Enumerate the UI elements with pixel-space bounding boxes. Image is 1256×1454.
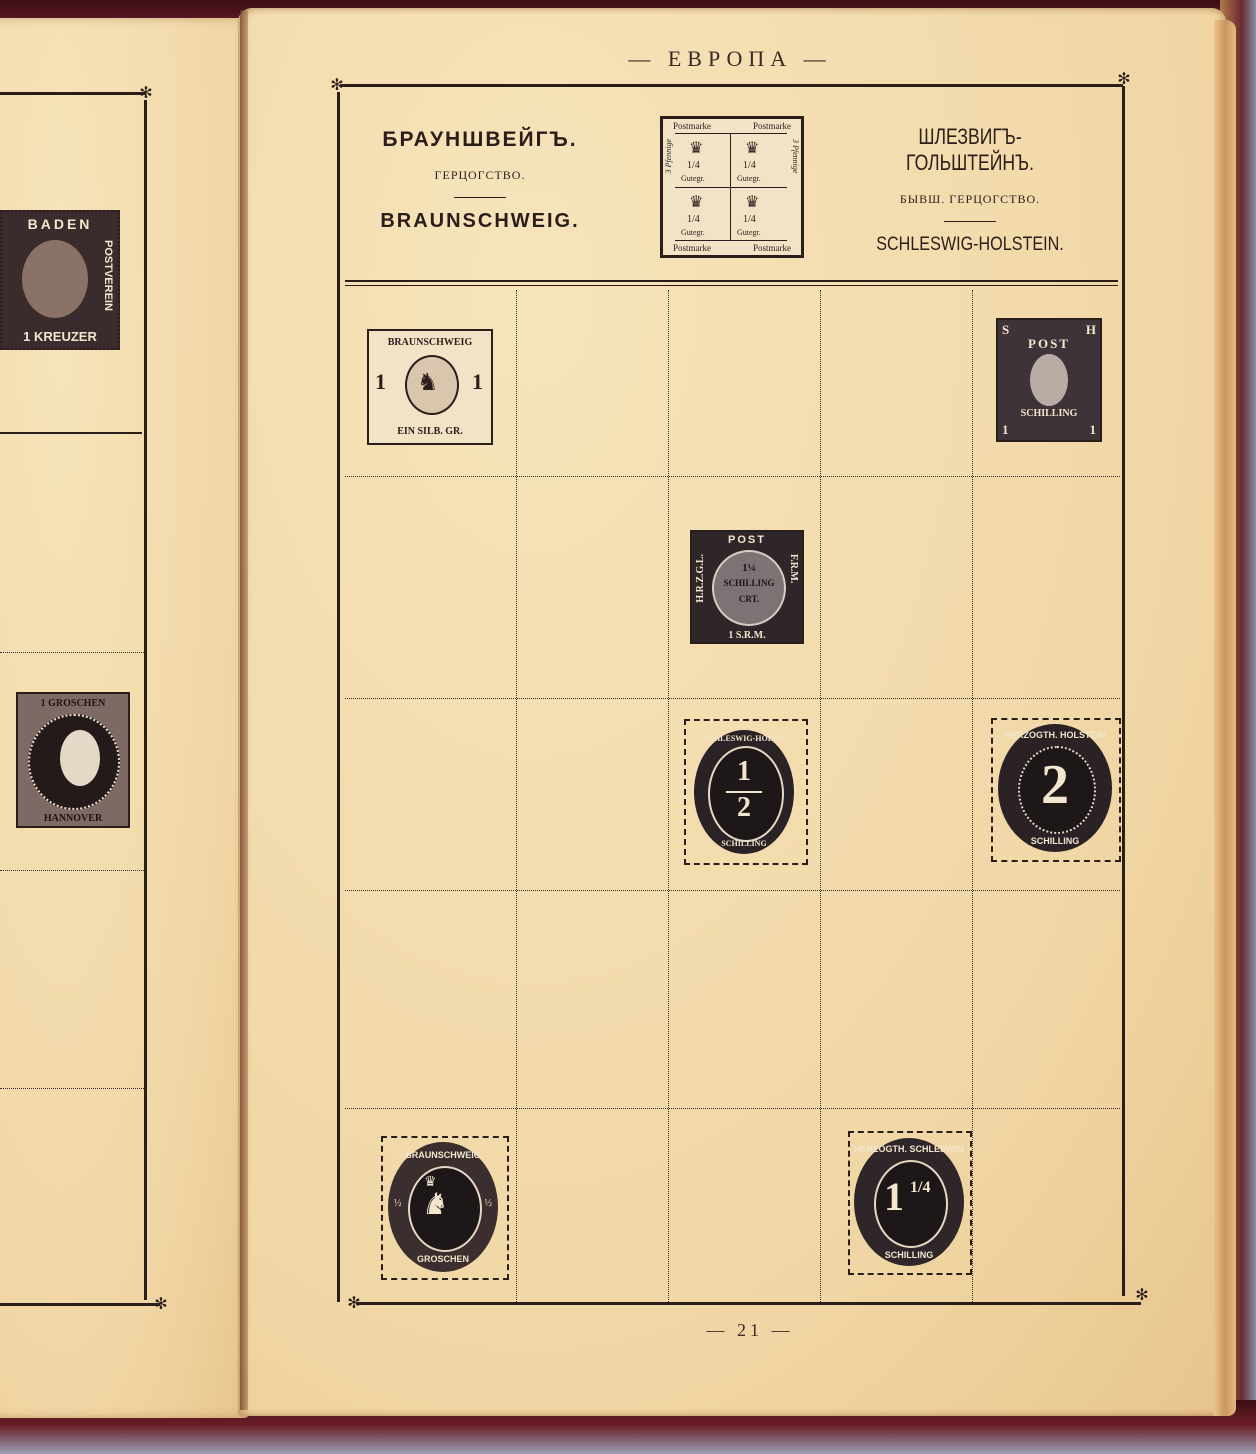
frame-bottom xyxy=(356,1302,1141,1305)
stamp-value: 1/4 xyxy=(687,214,700,225)
divider xyxy=(944,221,996,222)
stamp-value: 1/4 xyxy=(743,214,756,225)
rosette-icon: ✻ xyxy=(1117,72,1131,86)
stamp-text: 1 S.R.M. xyxy=(692,630,802,641)
coat-of-arms-icon xyxy=(1030,354,1068,406)
crown-icon: ♛ xyxy=(689,192,703,212)
stamp-text: 3 Pfennige xyxy=(791,139,800,173)
country-schleswig-holstein: ШЛЕЗВИГЪ-ГОЛЬШТЕЙНЪ. БЫВШ. ГЕРЦОГСТВО. S… xyxy=(830,124,1110,256)
rosette-icon: ✻ xyxy=(154,1297,168,1311)
stamp-holstein-2-schilling: HERZOGTH. HOLSTEIN 2 SCHILLING xyxy=(998,724,1112,852)
stamp-text: SCHLESWIG-HOLST. xyxy=(694,734,794,743)
portrait-icon xyxy=(28,714,120,810)
stamp-braunschweig-half-groschen: BRAUNSCHWEIG ♛ ♞ ½ ½ GROSCHEN xyxy=(388,1142,498,1272)
stamp-text: SCHILLING xyxy=(714,578,784,588)
horse-icon: ♞ xyxy=(422,1190,449,1220)
grid-line xyxy=(820,290,821,1302)
frame-top xyxy=(340,84,1123,87)
stamp-text: Postmarke xyxy=(753,243,791,253)
stamp-value: 1 xyxy=(472,369,483,395)
grid-line xyxy=(345,1108,1120,1109)
crown-icon: ♛ xyxy=(689,138,703,158)
stamp-text: POSTVEREIN xyxy=(102,240,114,311)
left-grid-line xyxy=(0,1088,146,1089)
country-subtitle-ru: ГЕРЦОГСТВО. xyxy=(350,168,610,183)
continent-header: — ЕВРОПА — xyxy=(600,46,860,72)
stamp-text: 1 GROSCHEN xyxy=(18,698,128,709)
stamp-schleswig-post-1-schilling: S H POST SCHILLING 1 1 xyxy=(996,318,1102,442)
stamp-value: 1/4 xyxy=(910,1178,930,1198)
left-divider xyxy=(0,432,142,434)
stamp-text: Gutegr. xyxy=(737,174,761,183)
stamp-text: SCHILLING xyxy=(998,836,1112,846)
stamp-text: HANNOVER xyxy=(18,813,128,824)
crown-icon: ♛ xyxy=(745,138,759,158)
stamp-value: 1 xyxy=(694,756,794,788)
rosette-icon: ✻ xyxy=(1135,1288,1149,1302)
stamp-value: 1/4 xyxy=(743,160,756,171)
country-name-ru: БРАУНШВЕЙГЪ. xyxy=(350,128,610,152)
horse-icon: ♞ xyxy=(405,355,459,415)
stamp-text: POST xyxy=(692,534,802,546)
rosette-icon: ✻ xyxy=(330,78,344,92)
stamp-value: ½ xyxy=(394,1198,402,1209)
stamp-braunschweig-1-silb: BRAUNSCHWEIG ♞ 1 1 EIN SILB. GR. xyxy=(367,329,493,445)
stamp-text: Gutegr. xyxy=(681,228,705,237)
stamp-hannover-1-groschen: 1 GROSCHEN HANNOVER xyxy=(16,692,130,828)
left-frame-bottom xyxy=(0,1303,160,1306)
grid-line xyxy=(345,890,1120,891)
left-grid-line xyxy=(0,870,146,871)
frame-left xyxy=(337,92,340,1302)
left-frame-right xyxy=(144,100,147,1300)
book-gutter xyxy=(240,10,248,1410)
crown-icon: ♛ xyxy=(745,192,759,212)
coat-of-arms-icon xyxy=(22,240,88,318)
country-braunschweig: БРАУНШВЕЙГЪ. ГЕРЦОГСТВО. BRAUNSCHWEIG. xyxy=(350,128,610,233)
stamp-schleswig-1-quarter-schilling: HERZOGTH. SCHLESWIG 1 1/4 SCHILLING xyxy=(854,1138,964,1266)
stamp-text: BRAUNSCHWEIG xyxy=(388,1150,498,1160)
stamp-text: SCHILLING xyxy=(998,408,1100,419)
stamp-holstein-1-quarter-schilling: POST H.R.Z.G.L. F.R.M. 1¼ SCHILLING CRT.… xyxy=(690,530,804,644)
grid-line xyxy=(668,290,669,1302)
stamp-text: Postmarke xyxy=(673,121,711,131)
stamp-text: 3 Pfennige xyxy=(664,139,673,173)
grid-line xyxy=(516,290,517,1302)
stamp-text: H.R.Z.G.L. xyxy=(695,554,706,603)
header-rule xyxy=(345,285,1118,286)
value-circle: 1¼ SCHILLING CRT. xyxy=(712,550,786,626)
country-name-en: BRAUNSCHWEIG. xyxy=(350,210,610,233)
stamp-text: Postmarke xyxy=(673,243,711,253)
stamp-value: 1 xyxy=(884,1172,904,1222)
left-grid-line xyxy=(0,652,146,653)
country-name-ru: ШЛЕЗВИГЪ-ГОЛЬШТЕЙНЪ. xyxy=(858,124,1082,176)
stamp-schleswig-half-schilling: SCHLESWIG-HOLST. 1 2 SCHILLING xyxy=(694,730,794,854)
stamp-text: Gutegr. xyxy=(681,174,705,183)
grid-line xyxy=(972,290,973,1302)
rosette-icon: ✻ xyxy=(347,1296,361,1310)
stamp-text: 1 KREUZER xyxy=(2,329,118,344)
frame-right xyxy=(1122,86,1125,1296)
stamp-text: BADEN xyxy=(2,216,118,232)
header-rule xyxy=(345,280,1118,282)
page-edges xyxy=(1214,20,1236,1416)
stamp-corner: 1 xyxy=(1090,422,1097,438)
stamp-value: 1 xyxy=(375,369,386,395)
rosette-icon: ✻ xyxy=(139,86,153,100)
grid-line xyxy=(345,476,1120,477)
country-name-en: SCHLESWIG-HOLSTEIN. xyxy=(851,234,1089,256)
stamp-braunschweig-quarter-gutegr-block: Postmarke Postmarke ♛ ♛ ♛ ♛ 1/4 1/4 1/4 … xyxy=(660,116,804,258)
stamp-text: HERZOGTH. SCHLESWIG xyxy=(854,1144,964,1154)
stamp-text: SCHILLING xyxy=(854,1250,964,1260)
stamp-text: EIN SILB. GR. xyxy=(369,426,491,437)
stamp-value: ½ xyxy=(485,1198,493,1209)
left-frame-top xyxy=(0,92,146,95)
stamp-value: 2 xyxy=(998,752,1112,818)
grid-line xyxy=(345,698,1120,699)
stamp-value: 2 xyxy=(694,792,794,824)
stamp-text: SCHILLING xyxy=(694,839,794,848)
stamp-baden-1-kreuzer: BADEN POSTVEREIN 1 KREUZER xyxy=(0,210,120,350)
stamp-text: HERZOGTH. HOLSTEIN xyxy=(998,730,1112,740)
stamp-text: CRT. xyxy=(714,594,784,604)
country-subtitle-ru: БЫВШ. ГЕРЦОГСТВО. xyxy=(830,192,1110,207)
stamp-value: 1¼ xyxy=(714,562,784,574)
stamp-text: GROSCHEN xyxy=(388,1254,498,1264)
divider xyxy=(454,197,506,198)
page-number: — 21 — xyxy=(700,1320,800,1341)
stamp-text: F.R.M. xyxy=(788,554,799,583)
stamp-text: Gutegr. xyxy=(737,228,761,237)
stamp-text: POST xyxy=(998,336,1100,352)
stamp-text: Postmarke xyxy=(753,121,791,131)
stamp-text: BRAUNSCHWEIG xyxy=(369,337,491,348)
stamp-value: 1/4 xyxy=(687,160,700,171)
stamp-corner: 1 xyxy=(1002,422,1009,438)
